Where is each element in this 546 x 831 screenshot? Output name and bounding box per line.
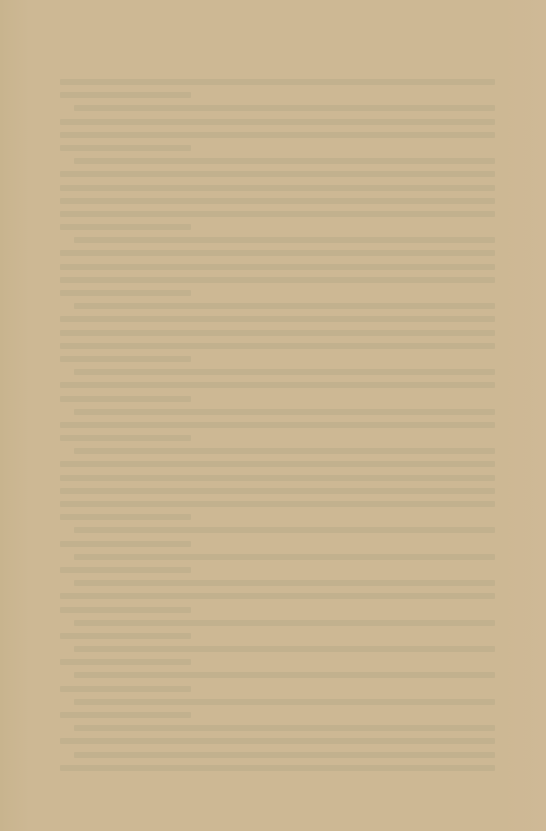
- text-line: [60, 616, 495, 629]
- text-line: [60, 286, 495, 299]
- text-line: [60, 378, 495, 391]
- page-number: [478, 50, 496, 62]
- illegible-text-placeholder: [60, 119, 495, 125]
- illegible-text-placeholder: [60, 224, 191, 230]
- text-line: [60, 655, 495, 668]
- text-line: [60, 405, 495, 418]
- illegible-text-placeholder: [60, 185, 495, 191]
- text-line: [60, 75, 495, 88]
- text-line: [60, 339, 495, 352]
- text-line: [60, 721, 495, 734]
- line-text: [60, 748, 74, 760]
- text-line: [60, 537, 495, 550]
- text-line: [60, 668, 495, 681]
- text-line: [60, 589, 495, 602]
- text-line: [60, 101, 495, 114]
- text-line: [60, 220, 495, 233]
- illegible-text-placeholder: [60, 343, 495, 349]
- illegible-text-placeholder: [60, 686, 191, 692]
- illegible-text-placeholder: [74, 752, 495, 758]
- illegible-text-placeholder: [60, 316, 495, 322]
- line-text: [60, 405, 74, 417]
- illegible-text-placeholder: [74, 580, 495, 586]
- text-line: [60, 299, 495, 312]
- illegible-text-placeholder: [60, 356, 191, 362]
- illegible-text-placeholder: [60, 382, 495, 388]
- illegible-text-placeholder: [60, 593, 495, 599]
- illegible-text-placeholder: [60, 79, 495, 85]
- text-line: [60, 695, 495, 708]
- illegible-text-placeholder: [60, 132, 495, 138]
- text-line: [60, 497, 495, 510]
- scanned-page: [0, 0, 546, 831]
- illegible-text-placeholder: [60, 211, 495, 217]
- text-line: [60, 88, 495, 101]
- text-line: [60, 246, 495, 259]
- line-text: [60, 721, 74, 733]
- illegible-text-placeholder: [74, 237, 495, 243]
- illegible-text-placeholder: [60, 488, 495, 494]
- text-line: [60, 563, 495, 576]
- text-line: [60, 115, 495, 128]
- text-line: [60, 273, 495, 286]
- text-line: [60, 603, 495, 616]
- illegible-text-placeholder: [74, 527, 495, 533]
- illegible-text-placeholder: [60, 501, 495, 507]
- text-line: [60, 642, 495, 655]
- line-text: [60, 668, 74, 680]
- text-line: [60, 312, 495, 325]
- text-line: [60, 576, 495, 589]
- line-text: [60, 444, 74, 456]
- text-line: [60, 682, 495, 695]
- text-line: [60, 523, 495, 536]
- illegible-text-placeholder: [60, 765, 495, 771]
- line-text: [60, 695, 74, 707]
- text-line: [60, 471, 495, 484]
- illegible-text-placeholder: [60, 145, 191, 151]
- illegible-text-placeholder: [60, 422, 495, 428]
- line-text: [60, 576, 74, 588]
- text-line: [60, 207, 495, 220]
- illegible-text-placeholder: [74, 448, 495, 454]
- line-text: [60, 233, 74, 245]
- line-text: [60, 365, 74, 377]
- text-line: [60, 734, 495, 747]
- illegible-text-placeholder: [60, 250, 495, 256]
- text-line: [60, 484, 495, 497]
- text-line: [60, 141, 495, 154]
- illegible-text-placeholder: [74, 620, 495, 626]
- text-line: [60, 550, 495, 563]
- text-line: [60, 154, 495, 167]
- running-title: [180, 50, 330, 62]
- illegible-text-placeholder: [60, 607, 191, 613]
- illegible-text-placeholder: [74, 158, 495, 164]
- illegible-text-placeholder: [60, 330, 495, 336]
- illegible-text-placeholder: [74, 725, 495, 731]
- text-line: [60, 352, 495, 365]
- line-text: [60, 616, 74, 628]
- illegible-text-placeholder: [60, 290, 191, 296]
- illegible-text-placeholder: [60, 514, 191, 520]
- illegible-text-placeholder: [60, 659, 191, 665]
- illegible-text-placeholder: [74, 303, 495, 309]
- illegible-text-placeholder: [74, 646, 495, 652]
- illegible-text-placeholder: [74, 554, 495, 560]
- text-line: [60, 510, 495, 523]
- illegible-text-placeholder: [60, 461, 495, 467]
- illegible-text-placeholder: [60, 198, 495, 204]
- text-line: [60, 708, 495, 721]
- page-header: [60, 48, 496, 68]
- line-text: [60, 154, 74, 166]
- text-line: [60, 392, 495, 405]
- text-line: [60, 761, 495, 774]
- line-text: [60, 523, 74, 535]
- illegible-text-placeholder: [74, 699, 495, 705]
- illegible-text-placeholder: [60, 264, 495, 270]
- illegible-text-placeholder: [74, 369, 495, 375]
- text-line: [60, 260, 495, 273]
- text-line: [60, 365, 495, 378]
- illegible-text-placeholder: [60, 633, 191, 639]
- illegible-text-placeholder: [74, 672, 495, 678]
- text-line: [60, 457, 495, 470]
- illegible-text-placeholder: [60, 396, 191, 402]
- illegible-text-placeholder: [60, 541, 191, 547]
- text-line: [60, 233, 495, 246]
- illegible-text-placeholder: [60, 92, 191, 98]
- illegible-text-placeholder: [60, 475, 495, 481]
- line-text: [60, 299, 74, 311]
- illegible-text-placeholder: [60, 712, 191, 718]
- illegible-text-placeholder: [60, 171, 495, 177]
- text-line: [60, 128, 495, 141]
- illegible-text-placeholder: [60, 435, 191, 441]
- text-line: [60, 629, 495, 642]
- line-text: [60, 642, 74, 654]
- line-text: [60, 550, 74, 562]
- illegible-text-placeholder: [60, 567, 191, 573]
- text-line: [60, 418, 495, 431]
- body-text: [60, 75, 495, 774]
- line-text: [60, 101, 74, 113]
- text-line: [60, 444, 495, 457]
- illegible-text-placeholder: [74, 105, 495, 111]
- text-line: [60, 194, 495, 207]
- text-line: [60, 326, 495, 339]
- illegible-text-placeholder: [74, 409, 495, 415]
- illegible-text-placeholder: [60, 277, 495, 283]
- illegible-text-placeholder: [60, 738, 495, 744]
- text-line: [60, 181, 495, 194]
- text-line: [60, 167, 495, 180]
- text-line: [60, 431, 495, 444]
- text-line: [60, 748, 495, 761]
